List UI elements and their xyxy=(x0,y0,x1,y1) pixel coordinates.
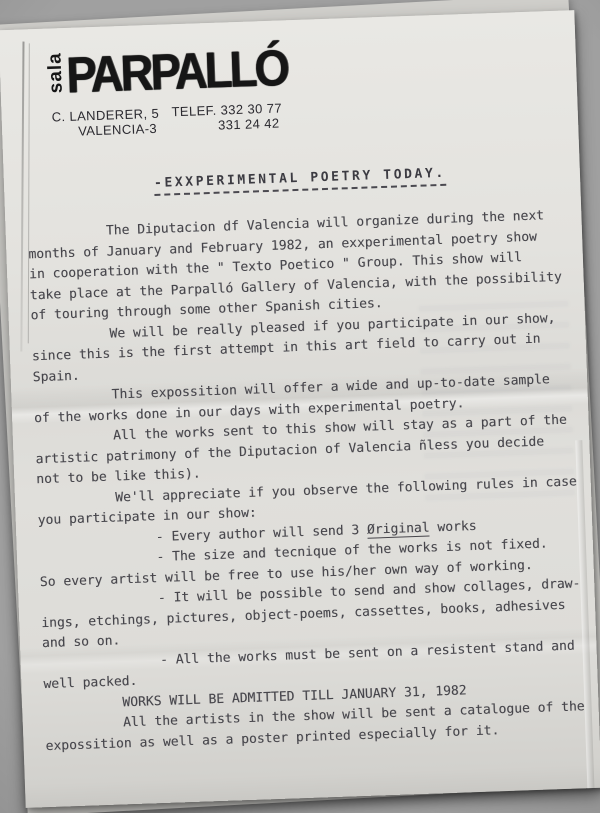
line-text: not to be like this). xyxy=(36,467,201,488)
letter-page: sala PARPALLÓ C. LANDERER, 5 TELEF. 332 … xyxy=(0,10,600,808)
letterhead-logo: sala PARPALLÓ xyxy=(45,44,294,98)
line-text: well packed. xyxy=(43,674,137,692)
address-phone-2: 331 24 42 xyxy=(218,116,280,133)
fold-crease-left-outer xyxy=(20,42,24,352)
line-text: Spain. xyxy=(32,368,79,385)
letter-body: The Diputacion df Valencia will organize… xyxy=(27,205,593,757)
address-city: VALENCIA-3 xyxy=(78,121,157,139)
underlined-word: Øriginal xyxy=(367,520,430,538)
logo-parpallo-text: PARPALLÓ xyxy=(65,46,287,97)
photo-scene: sala PARPALLÓ C. LANDERER, 5 TELEF. 332 … xyxy=(0,0,600,813)
line-text: and so on. xyxy=(42,633,121,651)
letter-title: -EXXPERIMENTAL POETRY TODAY. xyxy=(154,166,446,196)
logo-sala-text: sala xyxy=(45,52,65,94)
line-text: works xyxy=(429,518,476,535)
